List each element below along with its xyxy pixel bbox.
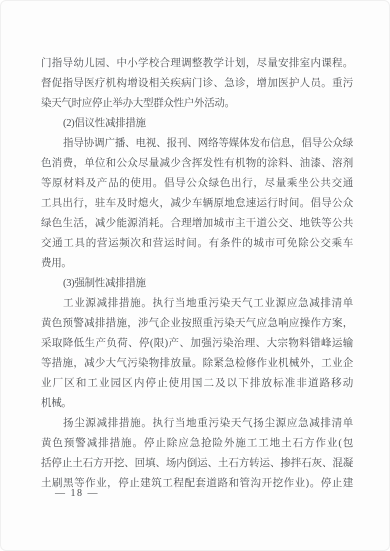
text-line: 黄色预警减排措施，涉气企业按照重污染天气应急响应操作方案， (41, 314, 353, 334)
text-line: 工业源减排措施。执行当地重污染天气工业源应急减排清单 (41, 294, 353, 314)
section-heading-advisory: (2)倡议性减排措施 (41, 114, 353, 134)
body-text-block: 门指导幼儿园、中小学校合理调整教学计划，尽量安排室内课程。 督促指导医疗机构增设… (41, 54, 353, 494)
text-line: 机械。 (41, 394, 353, 414)
text-line: 业厂区和工业园区内停止使用国二及以下排放标准非道路移动 (41, 374, 353, 394)
text-line: 等措施，减少大气污染物排放量。除紧急检修作业机械外，工业企 (41, 354, 353, 374)
section-heading-mandatory: (3)强制性减排措施 (41, 274, 353, 294)
text-line: 等原材料及产品的使用。倡导公众绿色出行，尽量乘坐公共交通 (41, 174, 353, 194)
text-line: 费用。 (41, 254, 353, 274)
text-line: 工具出行，驻车及时熄火，减少车辆原地怠速运行时间。倡导公众 (41, 194, 353, 214)
text-line: 染天气时应停止举办大型群众性户外活动。 (41, 94, 353, 114)
text-line: 采取降低生产负荷、停(限)产、加强污染治理、大宗物料错峰运输 (41, 334, 353, 354)
text-line: 交通工具的营运频次和营运时间。有条件的城市可免除公交乘车 (41, 234, 353, 254)
text-line: 指导协调广播、电视、报刊、网络等媒体发布信息，倡导公众绿 (41, 134, 353, 154)
page-number: — 18 — (55, 487, 99, 501)
text-line: 括停止土石方开挖、回填、场内倒运、土石方转运、掺拌石灰、混凝 (41, 454, 353, 474)
text-line: 扬尘源减排措施。执行当地重污染天气扬尘源应急减排清单 (41, 414, 353, 434)
text-line: 绿色生活，减少能源消耗。合理增加城市主干道公交、地铁等公共 (41, 214, 353, 234)
document-page: 门指导幼儿园、中小学校合理调整教学计划，尽量安排室内课程。 督促指导医疗机构增设… (0, 0, 390, 551)
text-line: 色消费，单位和公众尽量减少含挥发性有机物的涂料、油漆、溶剂 (41, 154, 353, 174)
text-line: 黄色预警减排措施。停止除应急抢险外施工工地土石方作业(包 (41, 434, 353, 454)
text-line: 门指导幼儿园、中小学校合理调整教学计划，尽量安排室内课程。 (41, 54, 353, 74)
text-line: 督促指导医疗机构增设相关疾病门诊、急诊，增加医护人员。重污 (41, 74, 353, 94)
